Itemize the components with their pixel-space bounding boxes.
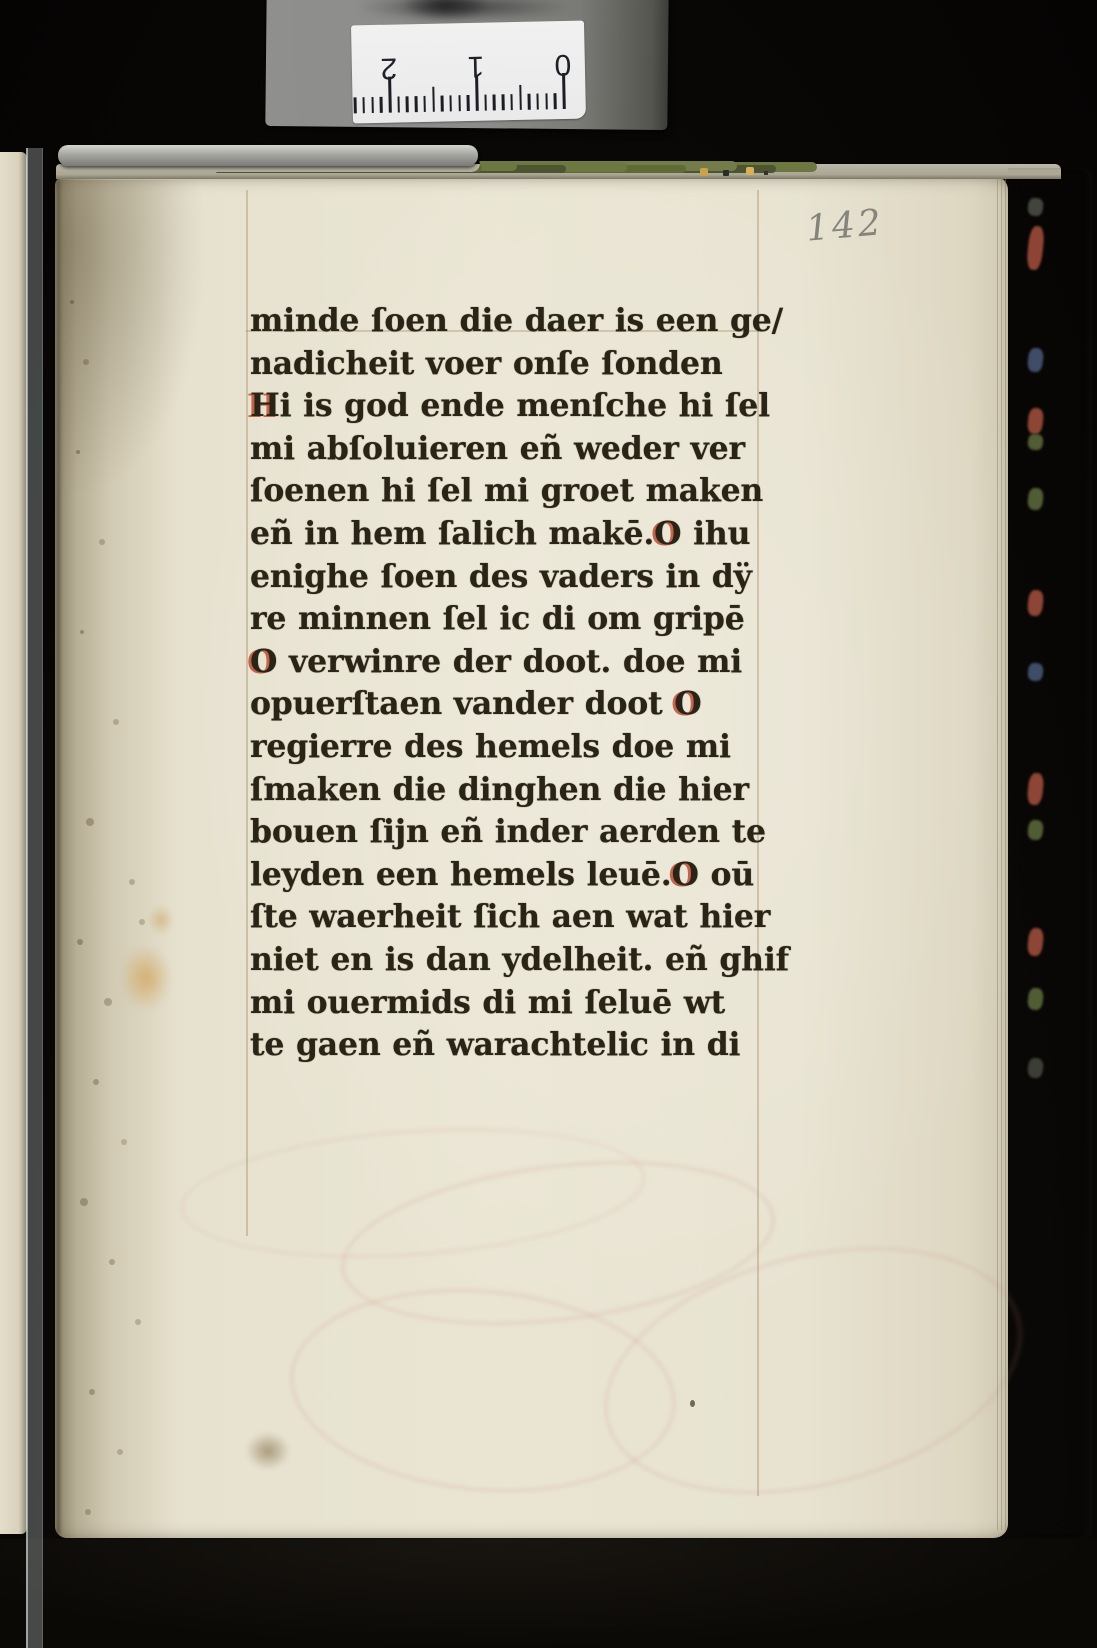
manuscript-line: nadicheit voer onſe ſonden [250, 345, 770, 388]
text-segment: ihu [681, 515, 750, 552]
ruler-tick [545, 93, 548, 109]
text-segment: i is god ende menſche hi ſel [280, 387, 770, 424]
rubricated-letter: O [672, 856, 699, 893]
black-cloth-background [0, 1539, 1097, 1648]
manuscript-line: re minnen ſel ic di om gripē [250, 600, 770, 643]
brown-stain [246, 1432, 290, 1470]
manuscript-line: leyden een hemels leuē.O oū [250, 856, 770, 899]
fore-edge-decoration-glimpse [1026, 772, 1044, 805]
fore-edge-decoration-glimpse [1027, 927, 1045, 956]
manuscript-line: ſoenen hi ſel mi groet maken [250, 472, 770, 515]
glass-strip [26, 148, 43, 1648]
text-segment: mi ouermids di mi ſeluē wt [250, 984, 725, 1021]
top-edge-decoration-specks [700, 168, 708, 176]
yellow-stain-small [148, 905, 174, 935]
text-segment: re minnen ſel ic di om gripē [250, 600, 745, 637]
ruler-number: 0 [548, 47, 579, 82]
manuscript-line: regierre des hemels doe mi [250, 728, 770, 771]
fore-edge-decoration-glimpse [1027, 662, 1044, 681]
manuscript-line: mi abſoluieren eñ weder ver [250, 430, 770, 473]
fore-edge-decoration-glimpse [1027, 987, 1044, 1010]
ruler-tick [458, 95, 461, 111]
page-fold-bevel [994, 178, 1008, 1530]
ruler-tick [493, 94, 496, 110]
manuscript-line: te gaen eñ warachtelic in di [250, 1026, 770, 1069]
text-segment: bouen ſijn eñ inder aerden te [250, 813, 766, 850]
ruler-tick [354, 97, 357, 113]
fore-edge-decoration-glimpse [1027, 819, 1044, 840]
fore-edge-decoration-glimpse [1027, 347, 1044, 372]
text-segment: te gaen eñ warachtelic in di [250, 1026, 740, 1063]
manuscript-line: ſmaken die dinghen die hier [250, 771, 770, 814]
ruler-tick [519, 85, 522, 110]
manuscript-line: O verwinre der doot. doe mi [250, 643, 770, 686]
ruler-number: 1 [461, 49, 492, 84]
fore-edge-decoration-glimpse [1026, 225, 1046, 270]
ruler-tick [423, 96, 426, 112]
text-segment: minde ſoen die daer is een ge/ [250, 302, 783, 339]
text-segment: nadicheit voer onſe ſonden [250, 345, 723, 382]
rubricated-letter: O [674, 685, 701, 722]
fore-edge-decoration-glimpse [1027, 589, 1045, 616]
ruler-scale: 012 [351, 21, 586, 124]
text-segment: mi abſoluieren eñ weder ver [250, 430, 745, 467]
manuscript-line: eñ in hem ſalich makē.O ihu [250, 515, 770, 558]
ruler-tick [510, 94, 513, 110]
text-segment: opuerſtaen vander doot [250, 685, 674, 722]
previous-page-sliver [0, 152, 27, 1534]
text-segment: niet en is dan ydelheit. eñ ghif [250, 941, 789, 978]
ruler-tick [380, 97, 383, 113]
text-segment: oū [699, 856, 754, 893]
ruler-tick [406, 96, 409, 112]
manuscript-line: niet en is dan ydelheit. eñ ghif [250, 941, 770, 984]
text-segment: regierre des hemels doe mi [250, 728, 731, 765]
ruler-tick [449, 95, 452, 111]
ruling-line-left [246, 190, 248, 1236]
ruler-tick [484, 95, 487, 111]
rubricated-letter: O [654, 515, 681, 552]
ruler-tick [432, 87, 435, 112]
ruler-tick [441, 96, 444, 112]
ruler-tick [528, 94, 531, 110]
ruler-tick [554, 93, 557, 109]
ruler-tick [536, 94, 539, 110]
rubricated-letter: H [250, 387, 280, 424]
text-segment: leyden een hemels leuē. [250, 856, 672, 893]
headband-greenery [120, 156, 480, 172]
ruler-tick [362, 97, 365, 113]
fore-edge-decoration-glimpse [1027, 197, 1044, 216]
manuscript-photo: 142 minde ſoen die daer is een ge/nadich… [0, 0, 1097, 1648]
ruler-number: 2 [374, 50, 405, 85]
text-segment: ſmaken die dinghen die hier [250, 771, 749, 808]
manuscript-line: opuerſtaen vander doot O [250, 685, 770, 728]
text-segment: ſoenen hi ſel mi groet maken [250, 472, 763, 509]
manuscript-line: Hi is god ende menſche hi ſel [250, 387, 770, 430]
fore-edge-page-stack [1008, 168, 1092, 1539]
ruler-tick [371, 97, 374, 113]
manuscript-line: ſte waerheit ſich aen wat hier [250, 898, 770, 941]
ruler-tick [397, 96, 400, 112]
text-segment: enighe ſoen des vaders in dÿ [250, 558, 752, 595]
manuscript-line: enighe ſoen des vaders in dÿ [250, 558, 770, 601]
ruler-tick [467, 95, 470, 111]
ruler-tick [415, 96, 418, 112]
fore-edge-decoration-glimpse [1027, 1057, 1044, 1078]
fore-edge-decoration-glimpse [1027, 407, 1045, 434]
manuscript-text-block: minde ſoen die daer is een ge/nadicheit … [250, 302, 770, 1069]
manuscript-line: minde ſoen die daer is een ge/ [250, 302, 770, 345]
text-segment: verwinre der doot. doe mi [277, 643, 742, 680]
yellow-stain [120, 945, 172, 1011]
manuscript-line: bouen ſijn eñ inder aerden te [250, 813, 770, 856]
ruler-tick [502, 94, 505, 110]
rubricated-letter: O [250, 643, 277, 680]
dark-speck [690, 1400, 695, 1407]
manuscript-line: mi ouermids di mi ſeluē wt [250, 984, 770, 1027]
fore-edge-decoration-glimpse [1027, 433, 1044, 450]
fore-edge-decoration-glimpse [1027, 487, 1044, 510]
text-segment: eñ in hem ſalich makē. [250, 515, 654, 552]
text-segment: ſte waerheit ſich aen wat hier [250, 898, 770, 935]
gutter-speckles [70, 300, 74, 304]
